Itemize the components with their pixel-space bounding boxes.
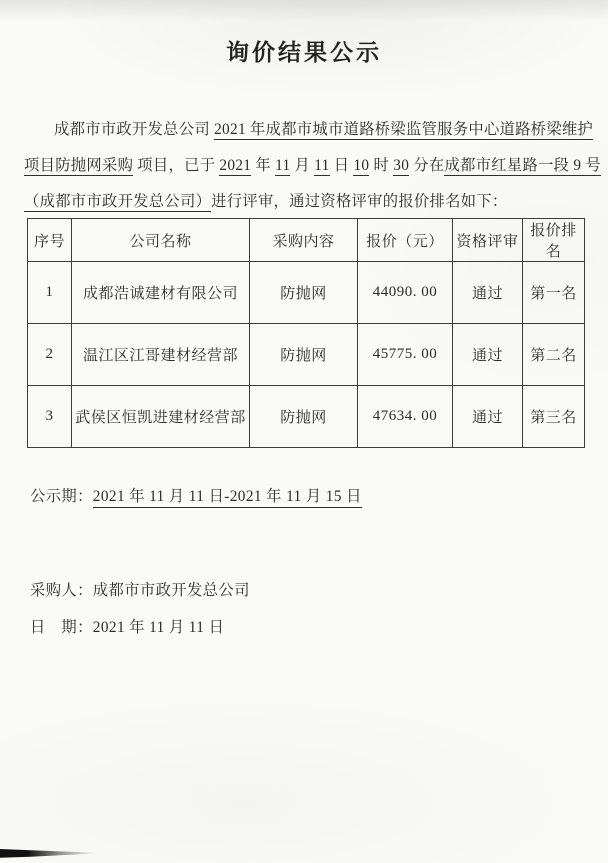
header-cell: 序号 bbox=[28, 219, 72, 262]
underlined-text-segment: 2021 年成都市城市道路桥梁监管服务中心道路桥梁维护 bbox=[214, 121, 593, 140]
text-segment: 项目，已于 bbox=[133, 157, 219, 174]
purchaser-label: 采购人： bbox=[30, 582, 93, 599]
scan-artifact-streak bbox=[0, 848, 110, 858]
table-header: 序号公司名称采购内容报价（元）资格评审报价排名 bbox=[28, 219, 585, 262]
table-cell: 47634. 00 bbox=[358, 386, 453, 448]
document-page: 询价结果公示 成都市市政开发总公司 2021 年成都市城市道路桥梁监管服务中心道… bbox=[0, 0, 608, 863]
text-segment: 时 bbox=[369, 157, 393, 174]
publicity-period-line: 公示期：2021 年 11 月 11 日-2021 年 11 月 15 日 bbox=[30, 484, 362, 506]
publicity-period-label: 公示期： bbox=[30, 488, 93, 505]
table-row: 3武侯区恒凯进建材经营部防抛网47634. 00通过第三名 bbox=[28, 386, 585, 448]
table-cell: 通过 bbox=[453, 386, 523, 448]
text-segment: 进行评审，通过资格评审的报价排名如下： bbox=[211, 193, 507, 210]
table-cell: 防抛网 bbox=[250, 324, 358, 386]
underlined-text-segment: 11 bbox=[314, 157, 329, 176]
header-cell: 公司名称 bbox=[72, 219, 250, 262]
paragraph-line-2: 项目防抛网采购 项目，已于 2021 年 11 月 11 日 10 时 30 分… bbox=[24, 148, 596, 184]
underlined-text-segment: 30 bbox=[393, 157, 409, 176]
scan-shading-top bbox=[0, 0, 608, 22]
underlined-text-segment: 10 bbox=[353, 157, 369, 176]
publicity-period-value: 2021 年 11 月 11 日-2021 年 11 月 15 日 bbox=[93, 488, 362, 508]
text-segment: 年 bbox=[251, 157, 275, 174]
table-cell: 3 bbox=[28, 386, 72, 448]
paragraph-line-1: 成都市市政开发总公司 2021 年成都市城市道路桥梁监管服务中心道路桥梁维护 bbox=[24, 112, 596, 148]
underlined-text-segment: 项目防抛网采购 bbox=[24, 157, 133, 176]
date-label: 日 期： bbox=[30, 619, 93, 636]
header-cell: 资格评审 bbox=[453, 219, 523, 262]
table-cell: 第三名 bbox=[523, 386, 585, 448]
text-segment: 成都市市政开发总公司 bbox=[54, 121, 214, 138]
header-cell: 报价（元） bbox=[358, 219, 453, 262]
quotation-result-table: 序号公司名称采购内容报价（元）资格评审报价排名 1成都浩诚建材有限公司防抛网44… bbox=[27, 218, 585, 448]
table-cell: 1 bbox=[28, 262, 72, 324]
underlined-text-segment: （成都市市政开发总公司） bbox=[24, 193, 211, 212]
table-cell: 第一名 bbox=[523, 262, 585, 324]
text-segment: 分在 bbox=[409, 157, 444, 174]
table-header-row: 序号公司名称采购内容报价（元）资格评审报价排名 bbox=[28, 219, 585, 262]
table-cell: 44090. 00 bbox=[358, 262, 453, 324]
table-row: 2温江区江哥建材经营部防抛网45775. 00通过第二名 bbox=[28, 324, 585, 386]
table-body: 1成都浩诚建材有限公司防抛网44090. 00通过第一名2温江区江哥建材经营部防… bbox=[28, 262, 585, 448]
underlined-text-segment: 2021 bbox=[219, 157, 251, 176]
table-cell: 武侯区恒凯进建材经营部 bbox=[72, 386, 250, 448]
date-line: 日 期：2021 年 11 月 11 日 bbox=[30, 615, 224, 637]
purchaser-line: 采购人：成都市市政开发总公司 bbox=[30, 578, 250, 600]
table-cell: 第二名 bbox=[523, 324, 585, 386]
header-cell: 采购内容 bbox=[250, 219, 358, 262]
underlined-text-segment: 成都市红星路一段 9 号 bbox=[444, 157, 601, 176]
text-segment: 月 bbox=[290, 157, 314, 174]
table-cell: 通过 bbox=[453, 262, 523, 324]
text-segment: 日 bbox=[330, 157, 354, 174]
table-cell: 防抛网 bbox=[250, 262, 358, 324]
date-value: 2021 年 11 月 11 日 bbox=[93, 619, 224, 636]
underlined-text-segment: 11 bbox=[275, 157, 290, 176]
table-cell: 2 bbox=[28, 324, 72, 386]
table-cell: 温江区江哥建材经营部 bbox=[72, 324, 250, 386]
intro-paragraph: 成都市市政开发总公司 2021 年成都市城市道路桥梁监管服务中心道路桥梁维护项目… bbox=[24, 112, 596, 220]
table-cell: 成都浩诚建材有限公司 bbox=[72, 262, 250, 324]
header-cell: 报价排名 bbox=[523, 219, 585, 262]
purchaser-value: 成都市市政开发总公司 bbox=[93, 582, 250, 599]
table-cell: 45775. 00 bbox=[358, 324, 453, 386]
paragraph-line-3: （成都市市政开发总公司）进行评审，通过资格评审的报价排名如下： bbox=[24, 184, 596, 220]
page-title: 询价结果公示 bbox=[0, 34, 608, 67]
table-row: 1成都浩诚建材有限公司防抛网44090. 00通过第一名 bbox=[28, 262, 585, 324]
table-cell: 防抛网 bbox=[250, 386, 358, 448]
table-cell: 通过 bbox=[453, 324, 523, 386]
